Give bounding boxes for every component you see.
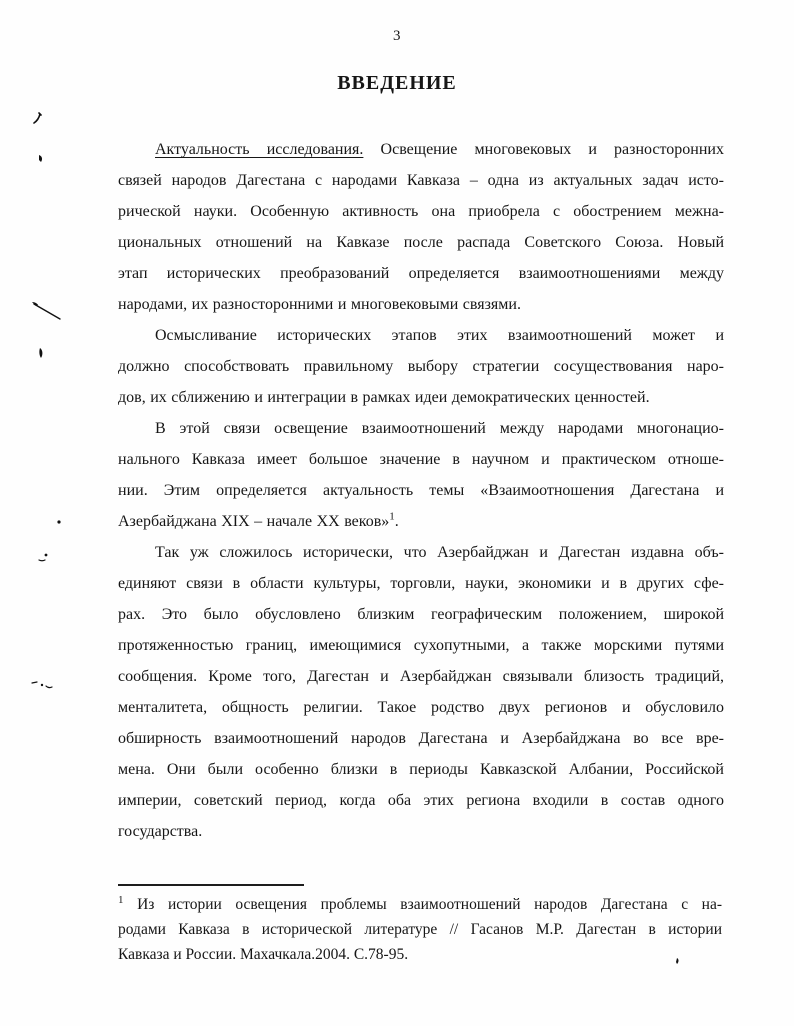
text-line: нии. Этим определяется актуальность темы… (118, 475, 724, 506)
ink-mark-2 (36, 153, 46, 165)
text-line: единяют связи в области культуры, торгов… (118, 568, 724, 599)
page-number: 3 (0, 28, 794, 45)
text-line: рах. Это было обусловлено близким геогра… (118, 599, 724, 630)
text-line: мена. Они были особенно близки в периоды… (118, 754, 724, 785)
text-line: народами, их разносторонними и многовеко… (118, 289, 724, 320)
ink-mark-8 (674, 956, 682, 966)
ink-mark-3 (30, 300, 64, 322)
text-line: рической науки. Особенную активность она… (118, 196, 724, 227)
text-line: родами Кавказа в исторической литературе… (118, 917, 722, 942)
text-line: менталитета, общность религии. Такое род… (118, 692, 724, 723)
ink-mark-6 (37, 552, 49, 564)
body-text: Актуальность исследования. Освещение мно… (118, 134, 724, 847)
ink-mark-5 (56, 519, 62, 525)
text-line: империи, советский период, когда оба эти… (118, 785, 724, 816)
text-line: Актуальность исследования. Освещение мно… (118, 134, 724, 165)
text-line: В этой связи освещение взаимоотношений м… (118, 413, 724, 444)
ink-mark-7 (30, 679, 56, 691)
page-title: ВВЕДЕНИЕ (0, 72, 794, 95)
text-line: дов, их сближению и интеграции в рамках … (118, 382, 724, 413)
footnote: 1 Из истории освещения проблемы взаимоот… (118, 892, 722, 967)
text-line: сообщения. Кроме того, Дагестан и Азерба… (118, 661, 724, 692)
text-line: государства. (118, 816, 724, 847)
text-line: протяженностью границ, имеющимися сухопу… (118, 630, 724, 661)
text-line: Осмысливание исторических этапов этих вз… (118, 320, 724, 351)
text-line: Кавказа и России. Махачкала.2004. С.78-9… (118, 942, 722, 967)
text-line: должно способствовать правильному выбору… (118, 351, 724, 382)
scanned-document-page: 3 ВВЕДЕНИЕ Актуальность исследования. Ос… (0, 0, 794, 1026)
text-line: обширность взаимоотношений народов Дагес… (118, 723, 724, 754)
text-line: связей народов Дагестана с народами Кавк… (118, 165, 724, 196)
text-line: 1 Из истории освещения проблемы взаимоот… (118, 892, 722, 917)
text-line: этап исторических преобразований определ… (118, 258, 724, 289)
ink-mark-4 (36, 346, 46, 360)
text-line: нального Кавказа имеет большое значение … (118, 444, 724, 475)
text-line: циональных отношений на Кавказе после ра… (118, 227, 724, 258)
text-line: Так уж сложилось исторически, что Азерба… (118, 537, 724, 568)
text-line: Азербайджана XIX – начале XX веков»1. (118, 506, 724, 537)
footnote-separator (118, 884, 304, 886)
ink-mark-1 (30, 112, 44, 126)
